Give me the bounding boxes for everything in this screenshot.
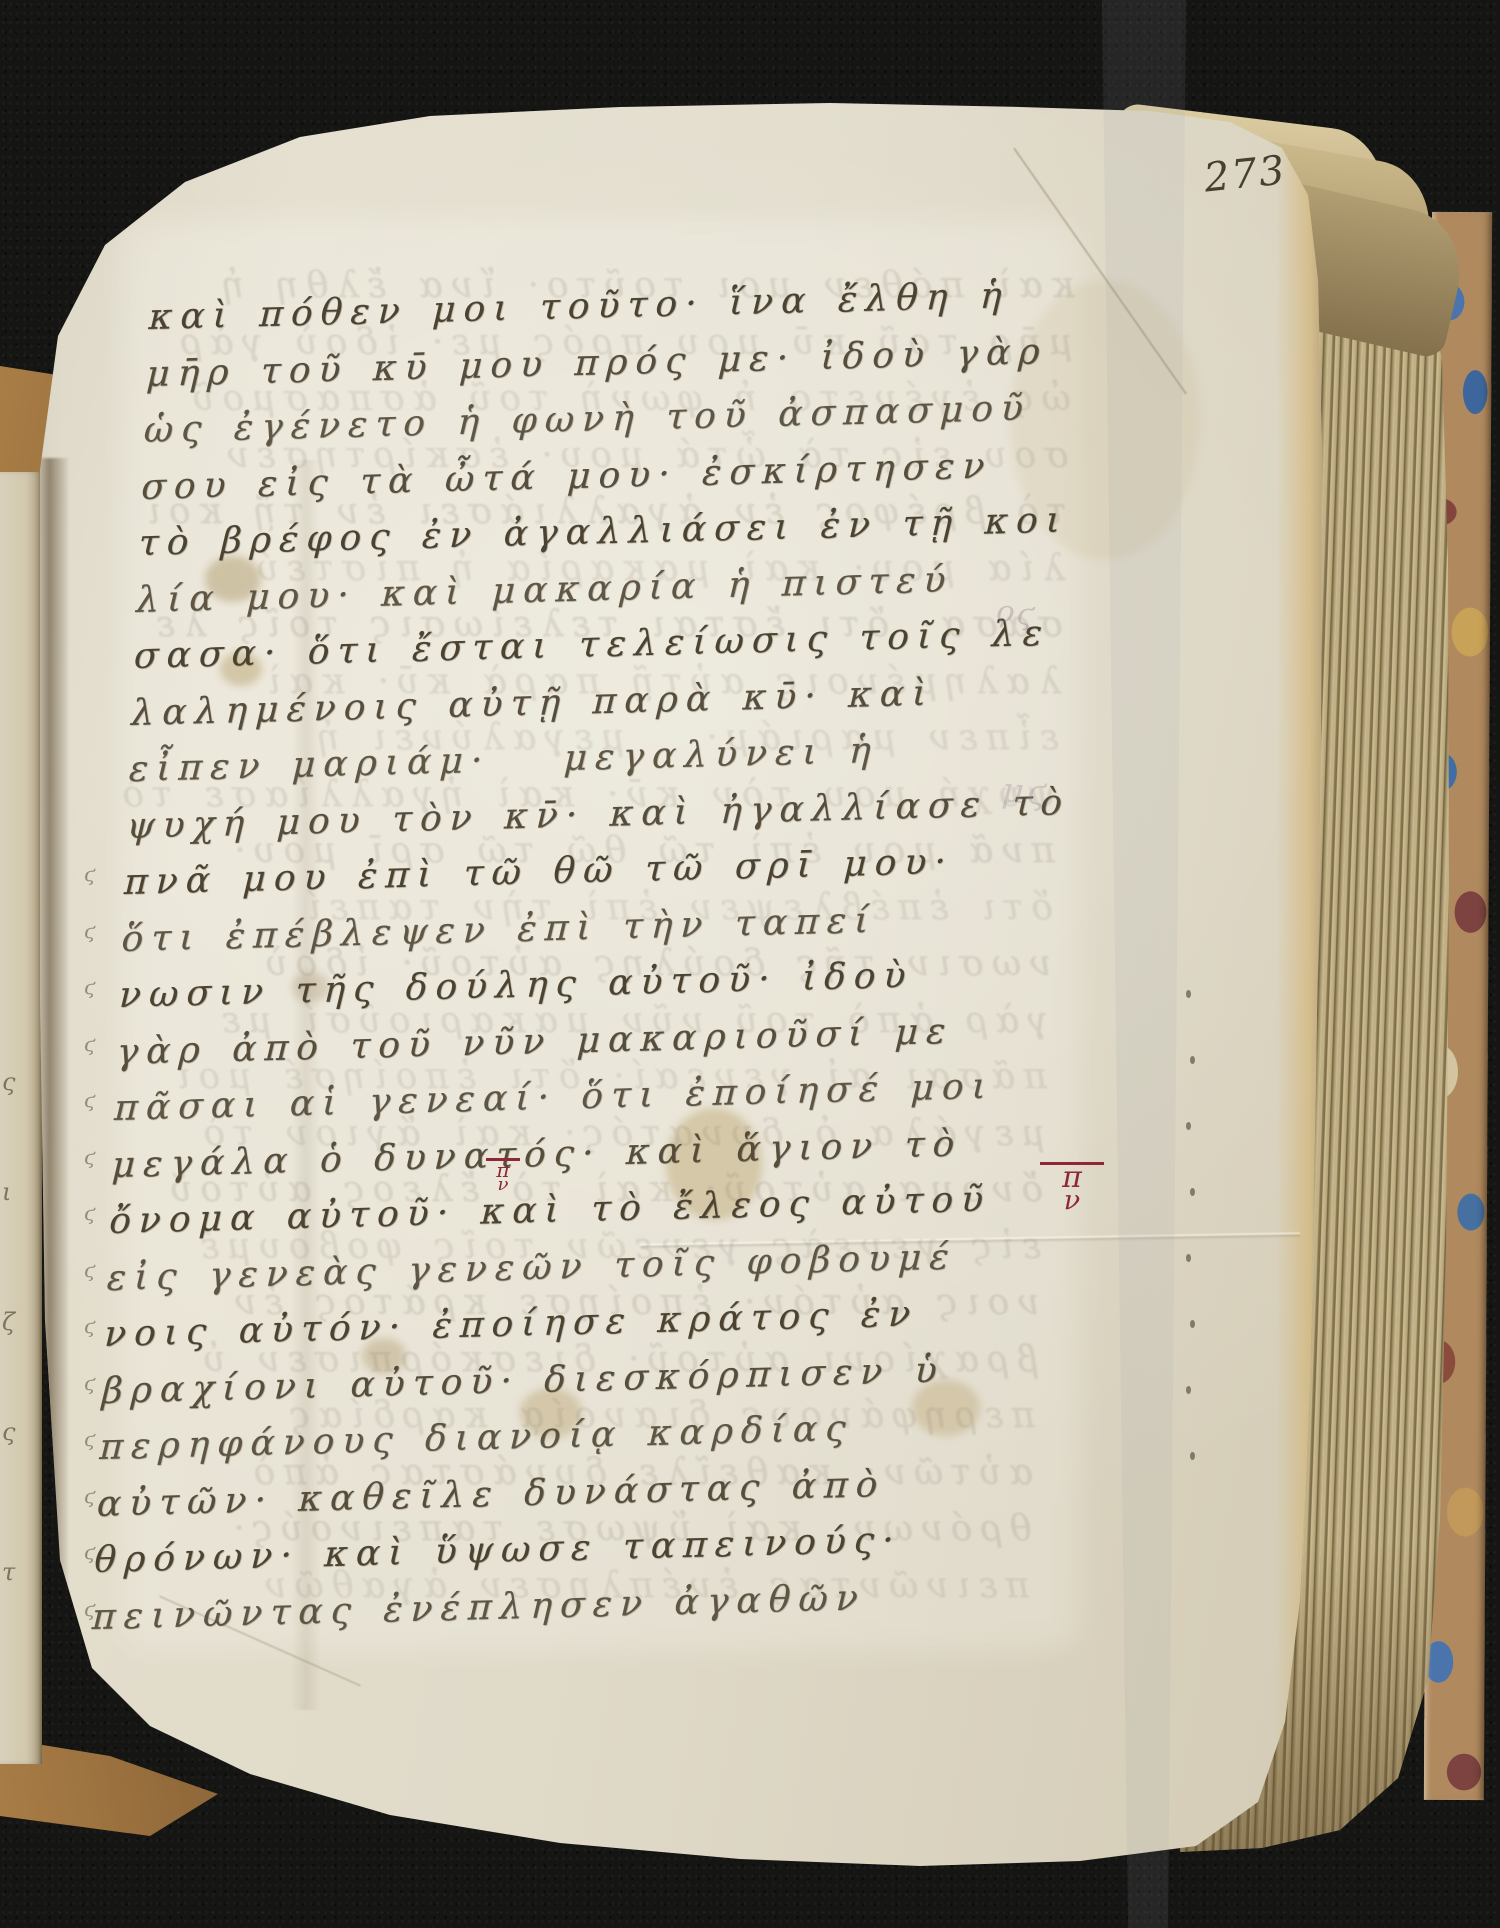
left-margin-marks: ϛϛϛϛϛϛϛϛϛϛϛϛϛϛ [84,846,114,1637]
faded-marginal-note: μϛ [1001,770,1051,813]
margin-hook-mark: ϛ [84,1016,114,1073]
margin-hook-mark: ϛ [84,1468,114,1525]
edge-tick [1190,1056,1195,1064]
edge-tick [1190,1188,1195,1196]
margin-hook-mark: ϛ [84,903,114,960]
facing-page-text-fragment: ς [2,1418,32,1446]
margin-hook-mark: ϛ [84,1355,114,1412]
margin-hook-mark: ϛ [84,1411,114,1468]
margin-hook-mark: ϛ [84,959,114,1016]
red-mark-letter: ν [486,1178,520,1192]
margin-hook-mark: ϛ [84,846,114,903]
facing-page-edge: ς ι ζ ς τ [0,472,42,1764]
margin-hook-mark: ϛ [84,1298,114,1355]
edge-tick [1190,1452,1195,1460]
facing-page-text-fragment: ζ [2,1308,32,1336]
facing-page-text-fragment: τ [2,1558,32,1586]
margin-hook-mark: ϛ [84,1524,114,1581]
margin-hook-mark: ϛ [84,1129,114,1186]
margin-hook-mark: ϛ [84,1072,114,1129]
greek-text-block: καὶ πόθεν μοι τοῦτο· ἵνα ἔλθη ἡμη̄ρ τοῦ … [91,266,1091,1646]
edge-tick [1190,1320,1195,1328]
facing-page-text-fragment: ι [2,1178,32,1206]
red-interlinear-mark: π ν [486,1158,520,1192]
faded-marginal-note: ϙϛ [994,593,1039,633]
margin-hook-mark: ϛ [84,1581,114,1638]
margin-hook-mark: ϛ [84,1242,114,1299]
photo-stage: ς ι ζ ς τ καὶ πόθεν μοι τοῦτο· ἵνα ἔλθη … [0,0,1500,1928]
facing-page-text-fragment: ς [2,1068,32,1096]
edge-tick [1186,1122,1191,1130]
parchment-page: καὶ πόθεν μοι τοῦτο· ἵνα ἔλθη ἡμη̄ρ τοῦ … [0,0,1500,1928]
red-marginal-mark: π ν [1040,1162,1104,1212]
edge-tick [1186,1254,1191,1262]
edge-tick [1186,1386,1191,1394]
edge-tick [1186,990,1191,998]
red-mark-letter: ν [1040,1190,1104,1212]
margin-hook-mark: ϛ [84,1185,114,1242]
